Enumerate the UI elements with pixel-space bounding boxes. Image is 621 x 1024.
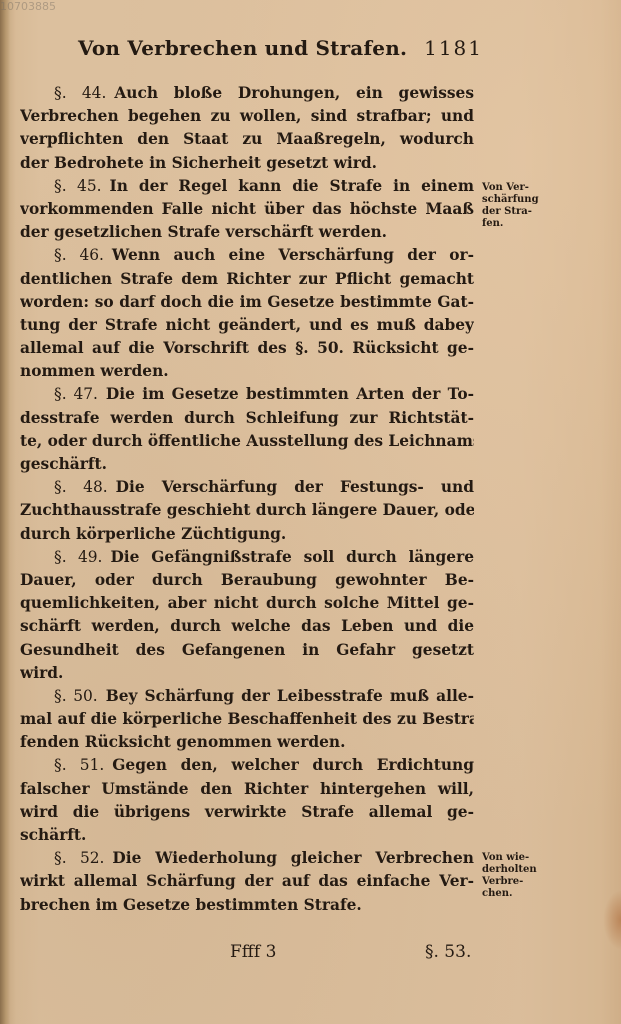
text-line: brechen im Gesetze bestimmten Strafe.	[20, 894, 474, 917]
text-line: Die Wiederholung gleicher Verbrechen	[112, 849, 474, 867]
text-line: Zuchthausstrafe geschieht durch längere …	[20, 499, 474, 522]
text-line: schärft.	[20, 824, 474, 847]
marginal-note-wiederholung: Von wie- derholten Verbre- chen.	[482, 852, 562, 900]
marginal-line: derholten	[482, 864, 562, 876]
marginal-line: Von wie-	[482, 852, 562, 864]
marginal-line: Verbre-	[482, 876, 562, 888]
paragraph-46: §. 46.Wenn auch eine Verschärfung der or…	[20, 244, 474, 383]
text-line: Verbrechen begehen zu wollen, sind straf…	[20, 105, 474, 128]
paragraph-48: §. 48.Die Verschärfung der Festungs- und…	[20, 476, 474, 546]
text-line: Dauer, oder durch Beraubung gewohnter Be…	[20, 569, 474, 592]
text-line: durch körperliche Züchtigung.	[20, 523, 474, 546]
catchword: §. 53.	[425, 942, 471, 962]
text-line: Gesundheit des Gefangenen in Gefahr gese…	[20, 639, 474, 662]
text-line: Die im Gesetze bestimmten Arten der To-	[106, 385, 474, 403]
marginal-line: chen.	[482, 888, 562, 900]
text-line: wirkt allemal Schärfung der auf das einf…	[20, 870, 474, 893]
running-title: Von Verbrechen und Strafen.	[78, 36, 407, 60]
text-line: In der Regel kann die Strafe in einem	[110, 177, 474, 195]
text-line: dentlichen Strafe dem Richter zur Pflich…	[20, 268, 474, 291]
marginal-line: der Stra-	[482, 206, 562, 218]
text-line: desstrafe werden durch Schleifung zur Ri…	[20, 407, 474, 430]
text-line: Gegen den, welcher durch Erdichtung	[112, 756, 474, 774]
paragraph-47: §. 47.Die im Gesetze bestimmten Arten de…	[20, 383, 474, 476]
text-line: Bey Schärfung der Leibesstrafe muß alle-	[106, 687, 474, 705]
text-line: Die Verschärfung der Festungs- und	[116, 478, 474, 496]
text-line: Auch bloße Drohungen, ein gewisses	[114, 84, 474, 102]
marginal-note-verschaerfung: Von Ver- schärfung der Stra- fen.	[482, 182, 562, 230]
paragraph-50: §. 50.Bey Schärfung der Leibesstrafe muß…	[20, 685, 474, 755]
paragraph-49: §. 49.Die Gefängnißstrafe soll durch län…	[20, 546, 474, 685]
section-number: §. 51.	[54, 756, 104, 774]
marginal-line: schärfung	[482, 194, 562, 206]
text-line: wird.	[20, 662, 474, 685]
text-line: te, oder durch öffentliche Ausstellung d…	[20, 430, 474, 453]
marginal-line: fen.	[482, 218, 562, 230]
section-number: §. 45.	[54, 177, 102, 195]
text-line: geschärft.	[20, 453, 474, 476]
page-body: §. 44.Auch bloße Drohungen, ein gewisses…	[20, 82, 474, 917]
text-line: worden: so darf doch die im Gesetze best…	[20, 291, 474, 314]
signature-mark: Ffff 3	[230, 942, 276, 962]
section-number: §. 48.	[54, 478, 108, 496]
text-line: vorkommenden Falle nicht über das höchst…	[20, 198, 474, 221]
text-line: allemal auf die Vorschrift des §. 50. Rü…	[20, 337, 474, 360]
text-line: falscher Umstände den Richter hintergehe…	[20, 778, 474, 801]
text-line: verpflichten den Staat zu Maaßregeln, wo…	[20, 128, 474, 151]
paragraph-51: §. 51.Gegen den, welcher durch Erdichtun…	[20, 754, 474, 847]
text-line: Wenn auch eine Verschärfung der or-	[112, 246, 474, 264]
marginal-line: Von Ver-	[482, 182, 562, 194]
paper-stain	[603, 890, 621, 950]
scan-id-watermark: 10703885	[0, 0, 56, 13]
text-line: tung der Strafe nicht geändert, und es m…	[20, 314, 474, 337]
text-line: der Bedrohete in Sicherheit gesetzt wird…	[20, 152, 474, 175]
text-line: der gesetzlichen Strafe verschärft werde…	[20, 221, 474, 244]
text-line: nommen werden.	[20, 360, 474, 383]
section-number: §. 49.	[54, 548, 102, 566]
section-number: §. 50.	[54, 687, 98, 705]
section-number: §. 47.	[54, 385, 98, 403]
book-page: 10703885 Von Verbrechen und Strafen. 118…	[0, 0, 621, 1024]
paragraph-45: §. 45.In der Regel kann die Strafe in ei…	[20, 175, 474, 245]
book-spine-shadow	[0, 0, 10, 1024]
text-line: schärft werden, durch welche das Leben u…	[20, 615, 474, 638]
text-line: fenden Rücksicht genommen werden.	[20, 731, 474, 754]
text-line: mal auf die körperliche Beschaffenheit d…	[20, 708, 474, 731]
section-number: §. 44.	[54, 84, 106, 102]
text-line: Die Gefängnißstrafe soll durch längere	[110, 548, 474, 566]
paragraph-44: §. 44.Auch bloße Drohungen, ein gewisses…	[20, 82, 474, 175]
text-line: quemlichkeiten, aber nicht durch solche …	[20, 592, 474, 615]
text-line: wird die übrigens verwirkte Strafe allem…	[20, 801, 474, 824]
running-header: Von Verbrechen und Strafen. 1181	[78, 36, 483, 60]
paragraph-52: §. 52.Die Wiederholung gleicher Verbrech…	[20, 847, 474, 917]
page-number: 1181	[424, 36, 483, 60]
section-number: §. 52.	[54, 849, 104, 867]
section-number: §. 46.	[54, 246, 104, 264]
